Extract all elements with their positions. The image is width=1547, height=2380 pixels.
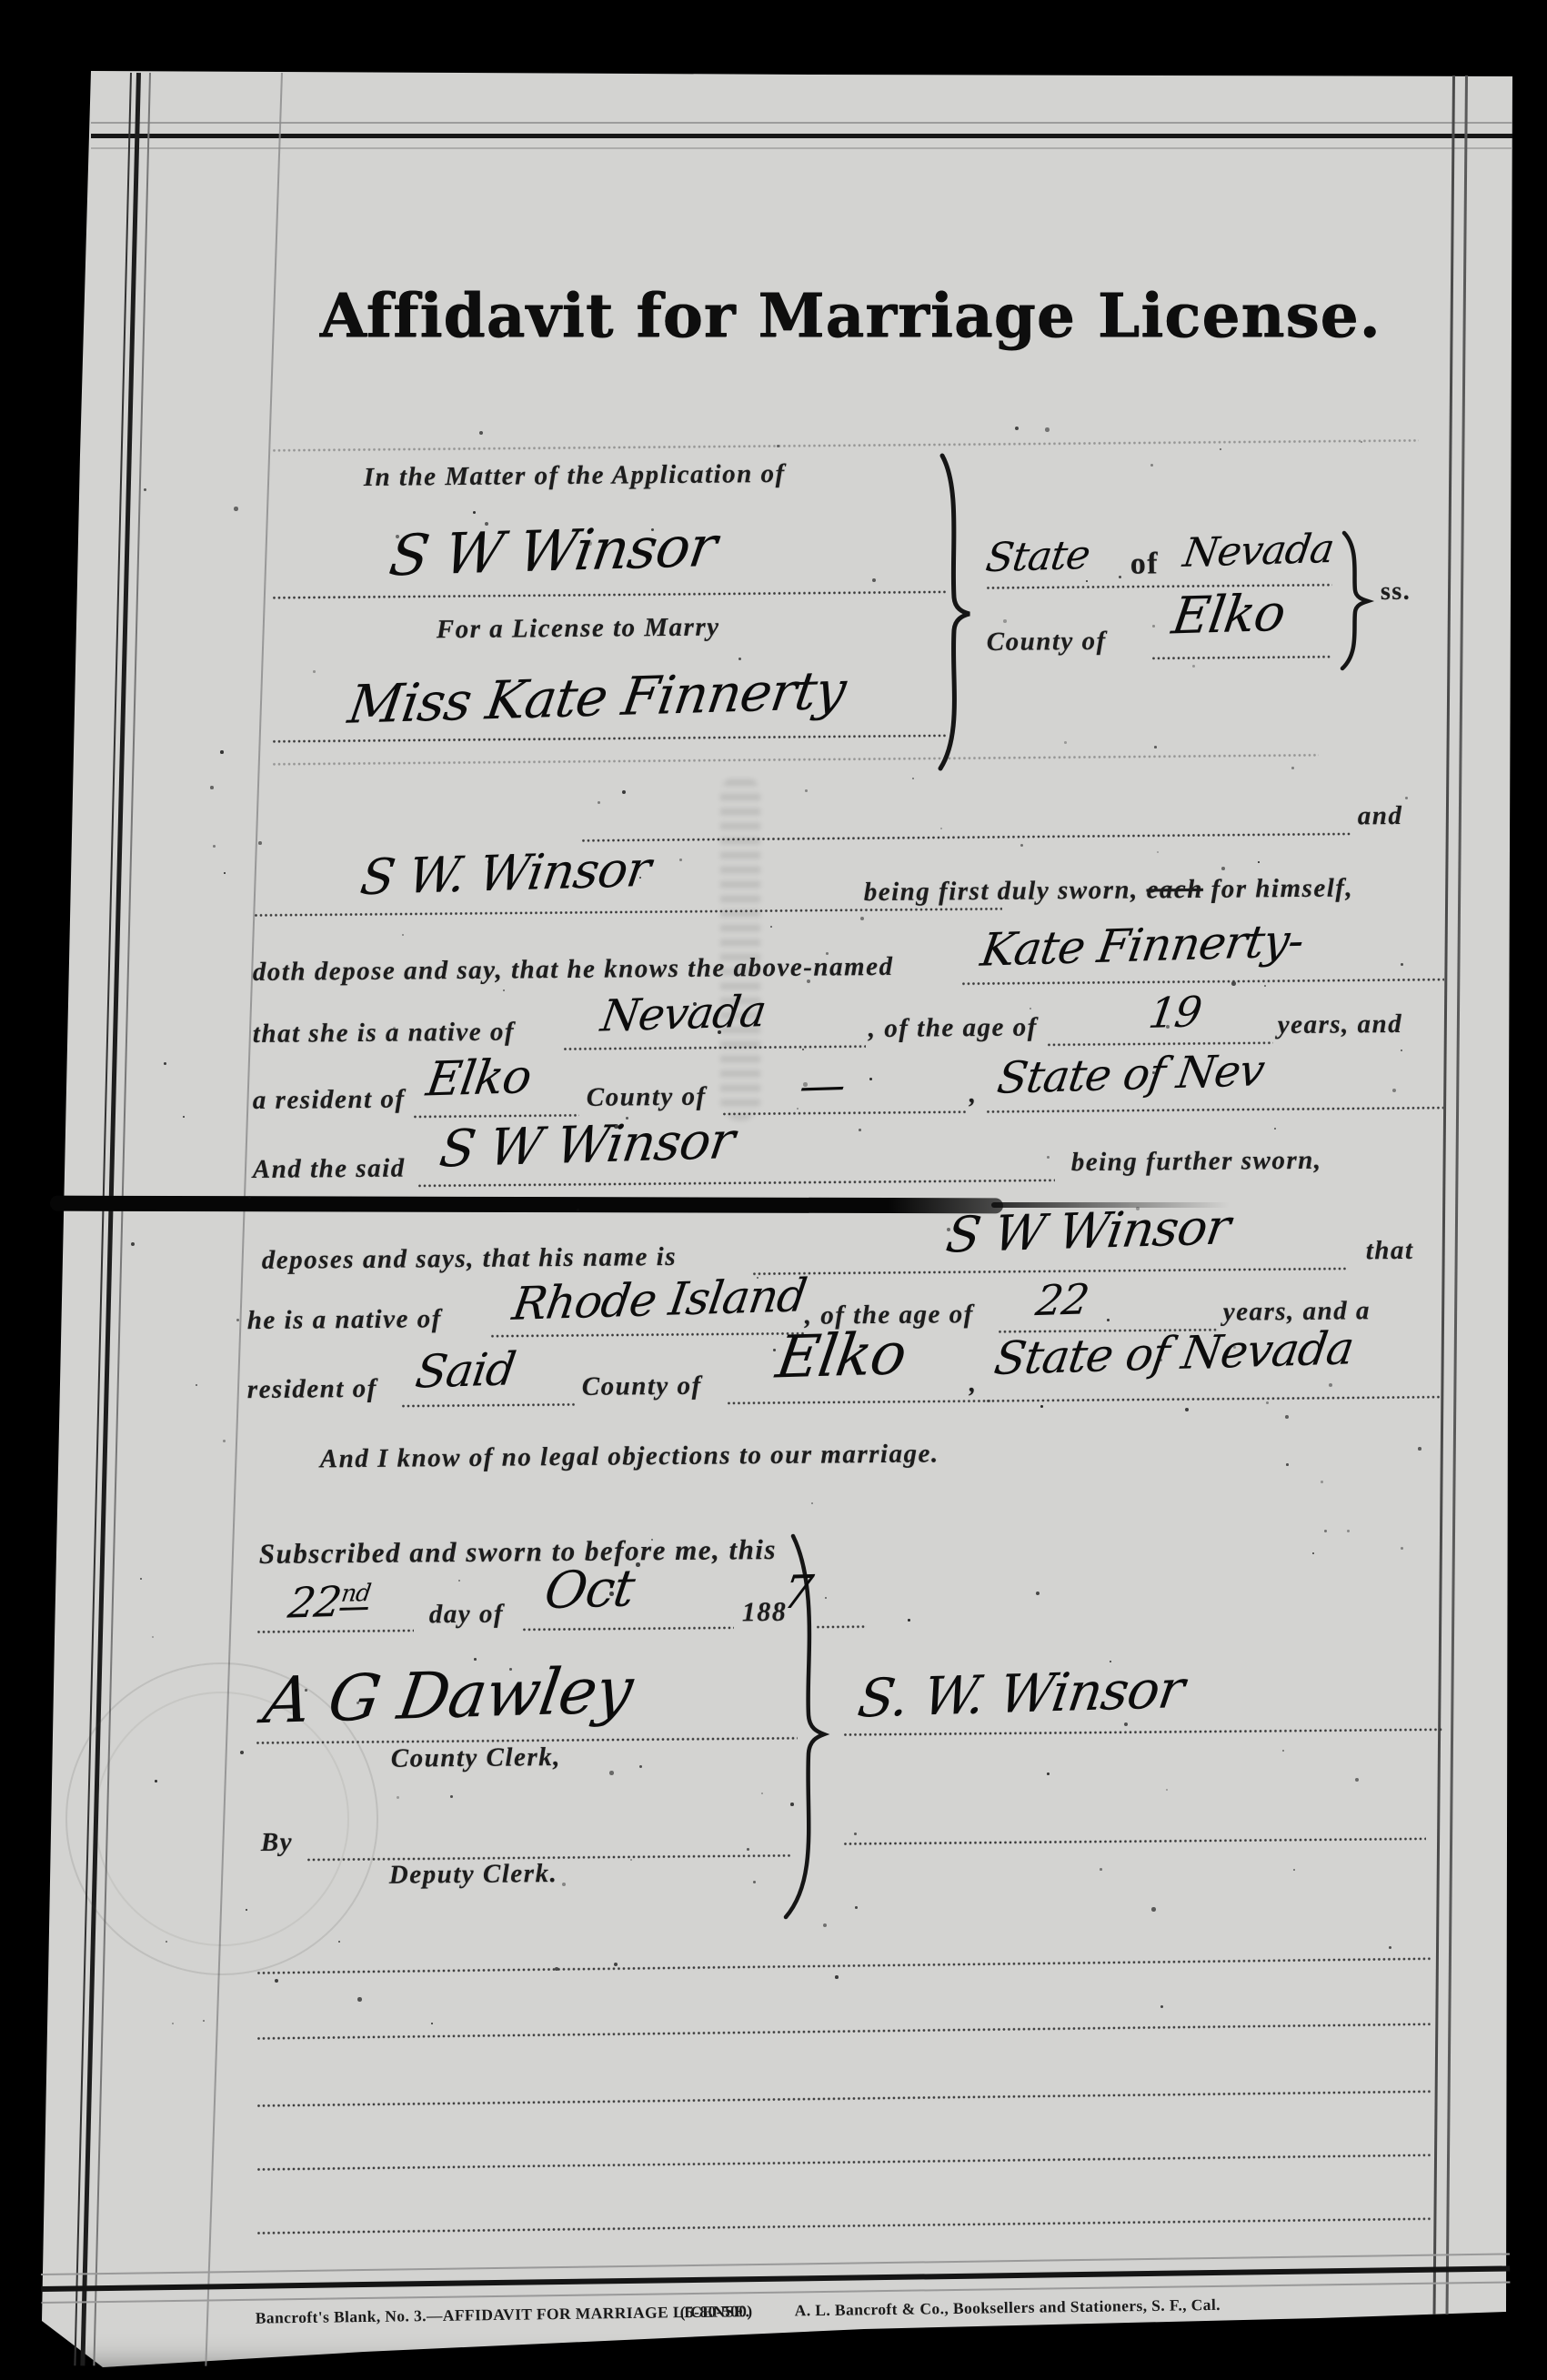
caption-license-label: For a License to Marry	[437, 613, 720, 646]
dust-speck	[860, 917, 864, 920]
dust-speck	[802, 1049, 804, 1050]
dust-speck	[1107, 1319, 1110, 1321]
dust-speck	[598, 801, 600, 804]
native-label: that she is a native of	[253, 1018, 516, 1050]
dust-speck	[1040, 1405, 1043, 1408]
dust-speck	[1285, 1415, 1289, 1419]
dust-speck	[155, 1780, 157, 1782]
caption-brace	[933, 452, 982, 772]
affiant-signature-handwriting: S. W. Winsor	[854, 1658, 1188, 1730]
depose-label: doth depose and say, that he knows the a…	[253, 952, 894, 988]
age-value-handwriting: 19	[1146, 987, 1205, 1038]
dust-speck	[630, 1859, 632, 1861]
dust-speck	[458, 1580, 460, 1582]
ss-brace	[1337, 530, 1375, 671]
dust-speck	[1274, 1128, 1276, 1130]
dust-speck	[1100, 1868, 1102, 1871]
dust-speck	[196, 1384, 197, 1386]
dust-speck	[1286, 1463, 1289, 1466]
dust-speck	[1047, 1156, 1050, 1159]
dust-speck	[1324, 1530, 1327, 1532]
dust-speck	[1321, 1481, 1323, 1483]
dust-speck	[1401, 963, 1403, 966]
dust-speck	[1047, 1772, 1050, 1775]
dust-speck	[164, 1062, 166, 1065]
clerk-signature-handwriting: A G Dawley	[259, 1652, 637, 1738]
dust-speck	[166, 1941, 167, 1943]
he-resident-label: resident of	[247, 1374, 377, 1405]
dust-speck	[1166, 1789, 1168, 1791]
dust-speckles	[0, 0, 1547, 2380]
sworn-label: being first duly sworn, each for himself…	[864, 873, 1354, 908]
dust-speck	[1293, 1869, 1295, 1871]
dust-speck	[1418, 1447, 1421, 1451]
native-value-handwriting: Nevada	[598, 986, 768, 1041]
dust-speck	[431, 2023, 433, 2024]
county-of-label: County of	[987, 627, 1107, 658]
document-title: Affidavit for Marriage License.	[255, 280, 1446, 351]
state-of-label: of	[1130, 547, 1160, 581]
deposes-label: deposes and says, that his name is	[262, 1242, 678, 1276]
he-county-value-handwriting: Elko	[772, 1321, 910, 1391]
day-of-label: day of	[429, 1600, 505, 1631]
dust-speck	[872, 578, 876, 582]
dust-speck	[183, 1116, 185, 1118]
dust-speck	[1389, 1946, 1391, 1949]
dust-speck	[805, 789, 808, 792]
footer-imprint-code: (5-80-500)	[680, 2302, 753, 2322]
dust-speck	[811, 1502, 813, 1504]
dust-speck	[402, 934, 404, 936]
dust-speck	[313, 670, 316, 673]
dust-speck	[1401, 1547, 1403, 1550]
dust-speck	[1151, 1907, 1156, 1912]
month-handwriting: Oct	[541, 1559, 638, 1621]
deputy-title-label: Deputy Clerk.	[389, 1859, 558, 1891]
affiant-name-handwriting: S W. Winsor	[357, 840, 653, 906]
dust-speck	[246, 1909, 247, 1911]
he-state-value-handwriting: State of Nevada	[991, 1321, 1357, 1385]
dust-speck	[1152, 625, 1155, 628]
dust-speck	[1064, 741, 1067, 744]
dust-speck	[1150, 464, 1153, 467]
comma-1: ,	[969, 1080, 978, 1110]
said-name-handwriting: S W Winsor	[436, 1111, 738, 1180]
dust-speck	[859, 1129, 861, 1131]
dust-speck	[614, 1963, 618, 1966]
dust-speck	[1401, 1049, 1402, 1051]
state-of-nev-handwriting: State of Nev	[994, 1045, 1267, 1104]
dust-speck	[1220, 448, 1221, 450]
dust-speck	[761, 1793, 763, 1794]
dust-speck	[397, 1796, 399, 1799]
dust-speck	[770, 926, 772, 928]
dust-speck	[753, 1881, 756, 1883]
dust-speck	[172, 2023, 174, 2024]
dust-speck	[479, 431, 483, 435]
dust-speck	[213, 845, 216, 848]
dust-speck	[1003, 619, 1007, 623]
dust-speck	[338, 1941, 340, 1943]
dust-speck	[908, 1619, 910, 1622]
dust-speck	[203, 2020, 205, 2022]
by-label: By	[261, 1828, 294, 1858]
dust-speck	[1086, 580, 1088, 582]
dust-speck	[1036, 1592, 1040, 1595]
and-said-label: And the said	[253, 1154, 406, 1185]
he-age-value-handwriting: 22	[1033, 1274, 1092, 1325]
dust-speck	[1030, 1008, 1031, 1009]
state-word-handwriting: State	[983, 532, 1093, 581]
further-sworn-label: being further sworn,	[1071, 1146, 1322, 1178]
dust-speck	[1329, 1383, 1332, 1387]
dust-speck	[1015, 427, 1019, 430]
deposes-name-handwriting: S W Winsor	[942, 1198, 1233, 1263]
dust-speck	[869, 1078, 872, 1080]
dust-speck	[258, 841, 262, 845]
dust-speck	[855, 1906, 858, 1909]
dust-speck	[1291, 767, 1294, 769]
year-line	[817, 1625, 867, 1628]
day-suffix: nd	[339, 1580, 372, 1611]
that-label: that	[1366, 1236, 1414, 1266]
dust-speck	[275, 1979, 278, 1983]
clerk-title-label: County Clerk,	[391, 1742, 561, 1774]
scanned-affidavit-document: { "colors": { "paper": "#d3d3d1", "ink":…	[0, 0, 1547, 2380]
dust-speck	[152, 1636, 154, 1638]
dust-speck	[854, 1833, 857, 1835]
dust-speck	[773, 1349, 776, 1351]
dust-speck	[1282, 1750, 1284, 1752]
dust-speck	[140, 1578, 142, 1580]
dust-speck	[1355, 1778, 1359, 1782]
day-number: 22	[286, 1577, 345, 1628]
dust-speck	[473, 511, 476, 514]
dust-speck	[747, 1848, 749, 1851]
he-county-label: County of	[582, 1371, 702, 1402]
dust-speck	[562, 1883, 566, 1886]
ss-label: ss.	[1381, 577, 1411, 607]
dust-speck	[835, 1975, 839, 1979]
dust-speck	[248, 1196, 251, 1199]
dust-speck	[609, 1771, 614, 1775]
dust-speck	[1392, 1089, 1396, 1092]
dust-speck	[224, 872, 226, 874]
dust-speck	[738, 658, 741, 660]
dust-speck	[622, 790, 626, 794]
day-value-handwriting: 22nd	[286, 1576, 373, 1628]
dust-speck	[1124, 1722, 1128, 1726]
dust-speck	[1347, 1530, 1350, 1532]
known-name-handwriting: Kate Finnerty-	[978, 914, 1307, 977]
he-native-value-handwriting: Rhode Island	[509, 1269, 809, 1331]
dust-speck	[1020, 844, 1023, 847]
footer-imprint-left: Bancroft's Blank, No. 3.—AFFIDAVIT FOR M…	[256, 2302, 750, 2328]
dust-speck	[1045, 427, 1050, 432]
no-objection-statement: And I know of no legal objections to our…	[320, 1439, 939, 1474]
dust-speck	[940, 828, 942, 829]
county-value-handwriting: Elko	[1169, 584, 1289, 647]
sworn-struck-word: each	[1146, 875, 1203, 905]
dust-speck	[1266, 1401, 1269, 1404]
dust-speck	[1221, 867, 1225, 870]
dust-speck	[131, 1242, 135, 1246]
dust-speck	[223, 1440, 226, 1442]
dust-speck	[1157, 851, 1159, 853]
he-resident-value-handwriting: Said	[412, 1342, 518, 1398]
dust-speck	[220, 750, 224, 754]
dust-speck	[1154, 746, 1157, 748]
dust-speck	[144, 488, 146, 491]
dust-speck	[1119, 576, 1121, 578]
sworn-text-2: for himself,	[1211, 873, 1354, 903]
state-value-handwriting: Nevada	[1180, 526, 1337, 577]
dust-speck	[912, 778, 914, 779]
subscribed-label: Subscribed and sworn to before me, this	[259, 1533, 777, 1571]
dust-speck	[210, 786, 214, 789]
dust-speck	[639, 1765, 642, 1768]
footer-imprint-right: A. L. Bancroft & Co., Booksellers and St…	[795, 2295, 1221, 2321]
dust-speck	[234, 507, 238, 511]
dust-speck	[240, 1751, 244, 1754]
dust-speck	[1258, 861, 1260, 863]
dust-speck	[450, 1795, 453, 1798]
sworn-text-1: being first duly sworn,	[864, 876, 1139, 908]
dust-speck	[1312, 1552, 1314, 1554]
applicant-name-handwriting: S W Winsor	[386, 513, 721, 589]
years-and-label: years, and	[1278, 1009, 1403, 1040]
dust-speck	[1192, 665, 1195, 668]
dust-speck	[679, 859, 682, 861]
age-label: , of the age of	[869, 1012, 1038, 1044]
dust-speck	[823, 1923, 827, 1927]
resident-value-handwriting: Elko	[423, 1049, 535, 1107]
dust-speck	[357, 1997, 362, 2002]
dust-speck	[1264, 985, 1266, 987]
dust-speck	[1185, 1408, 1189, 1411]
dust-speck	[503, 989, 505, 991]
county-of-label-2: County of	[587, 1082, 707, 1113]
dust-speck	[1405, 797, 1408, 799]
he-native-label: he is a native of	[247, 1304, 442, 1336]
comma-2: ,	[969, 1369, 978, 1399]
dust-speck	[1160, 2005, 1163, 2008]
county-dash-handwriting: —	[796, 1059, 849, 1113]
resident-label: a resident of	[253, 1085, 406, 1116]
and-label: and	[1358, 801, 1403, 831]
caption-matter-label: In the Matter of the Application of	[364, 459, 786, 493]
dust-speck	[577, 1209, 579, 1211]
dust-speck	[236, 1319, 239, 1321]
